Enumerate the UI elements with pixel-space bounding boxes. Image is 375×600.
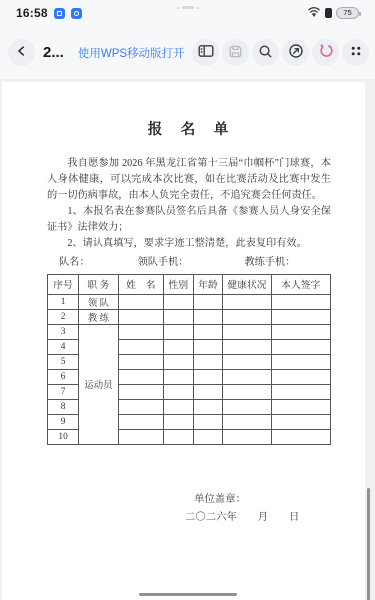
document-viewer[interactable]: 报 名 单 我自愿参加 2026 年黑龙江省第十三届“巾帼杯”门球赛，本人身体健… [0,80,375,600]
row-number: 8 [48,399,79,414]
row-number: 4 [48,339,79,354]
chevron-left-icon [15,44,29,61]
pages-panel-button[interactable] [192,39,219,66]
status-right: 75 [307,4,361,22]
header-name: 姓 名 [118,274,163,294]
save-button[interactable] [222,39,249,66]
row-number: 1 [48,294,79,309]
role-athlete: 运动员 [79,324,119,444]
ai-assistant-button[interactable] [312,39,339,66]
screen: 16:58 75 [0,0,375,600]
status-left: 16:58 [16,6,82,20]
team-info-line: 队名： 领队手机： 教练手机： [47,255,331,271]
paragraph-note-2: 2、请认真填写，要求字迹工整清楚，此表复印有效。 [47,236,331,252]
table-row: 2 教 练 [48,309,331,324]
battery-percent: 75 [343,9,351,17]
row-number: 5 [48,354,79,369]
table-header-row: 序号 职 务 姓 名 性别 年龄 健康状况 本人签字 [48,274,331,294]
more-options-button[interactable] [342,39,369,66]
paragraph-note-1: 1、本报名表在参赛队员签名后具备《参赛人员人身安全保证书》法律效力； [47,204,331,236]
header-age: 年龄 [193,274,223,294]
toolbar-actions [192,39,369,66]
team-name-label: 队名： [59,255,90,271]
pages-panel-icon [198,43,214,62]
row-number: 7 [48,384,79,399]
unit-stamp-label: 单位盖章： [185,491,331,509]
search-icon [258,44,273,62]
row-number: 10 [48,429,79,444]
status-bar: 16:58 75 [0,0,375,26]
wifi-icon [307,4,321,22]
table-row: 1 领 队 [48,294,331,309]
ai-assistant-icon [318,43,334,62]
role-coach: 教 练 [79,309,119,324]
form-title: 报 名 单 [47,82,331,139]
camera-notch [177,6,199,9]
row-number: 9 [48,414,79,429]
table-row: 3 运动员 [48,324,331,339]
header-health: 健康状况 [223,274,271,294]
leader-phone-label: 领队手机： [138,255,189,271]
header-role: 职 务 [79,274,119,294]
sim-status-icon [325,8,332,18]
back-button[interactable] [8,39,35,66]
search-button[interactable] [252,39,279,66]
share-icon [288,43,304,62]
header-number: 序号 [48,274,79,294]
file-title: 2... [43,44,64,61]
header-signature: 本人签字 [271,274,330,294]
open-with-wps-link[interactable]: 使用WPS移动版打开 [78,45,185,61]
row-number: 2 [48,309,79,324]
save-icon [228,44,243,62]
document-page: 报 名 单 我自愿参加 2026 年黑龙江省第十三届“巾帼杯”门球赛，本人身体健… [2,82,365,600]
row-number: 3 [48,324,79,339]
paragraph-declaration: 我自愿参加 2026 年黑龙江省第十三届“巾帼杯”门球赛，本人身体健康，可以完成… [47,156,331,204]
battery-indicator: 75 [336,7,359,19]
header-sex: 性别 [164,274,194,294]
role-leader: 领 队 [79,294,119,309]
notification-app-icon [71,8,82,19]
share-button[interactable] [282,39,309,66]
row-number: 6 [48,369,79,384]
scrollbar[interactable] [367,488,370,600]
notification-app-icon [54,8,65,19]
signup-table: 序号 职 务 姓 名 性别 年龄 健康状况 本人签字 1 领 队 [47,274,331,445]
document-footer: 单位盖章： 二〇二六年 月 日 [185,491,331,527]
home-indicator[interactable] [139,593,237,596]
date-line: 二〇二六年 月 日 [185,509,331,527]
coach-phone-label: 教练手机： [245,255,296,271]
grid-dots-icon [349,44,363,61]
clock: 16:58 [16,6,48,20]
toolbar: 2... 使用WPS移动版打开 [0,26,375,80]
